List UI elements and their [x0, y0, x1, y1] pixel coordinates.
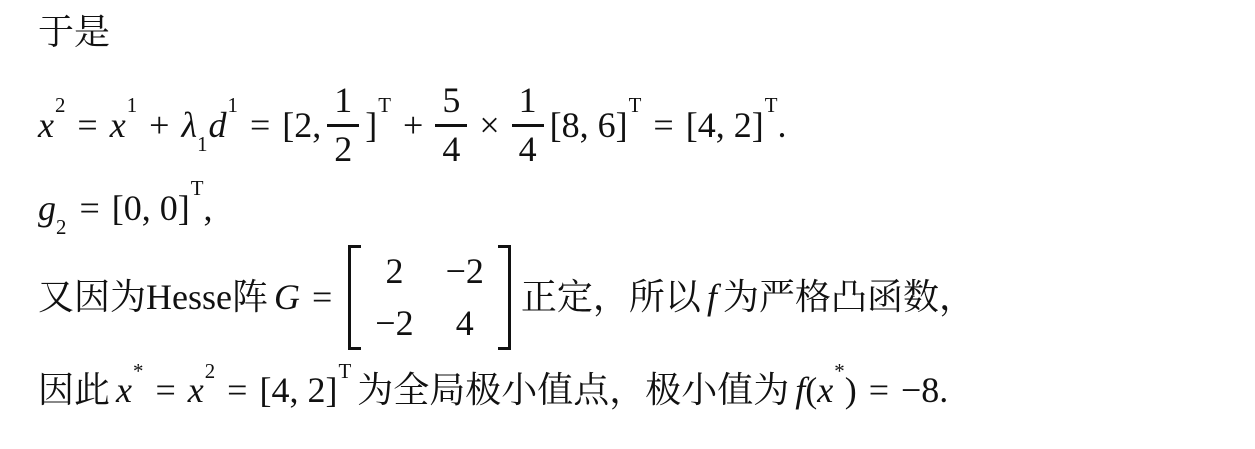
matrix-right-bracket [498, 245, 511, 350]
hesse-prefix-text: 又因为Hesse阵 [38, 277, 268, 318]
transpose-symbol: T [629, 93, 642, 117]
vector-0-0: [0, 0] [112, 188, 190, 228]
vector-4-2: [4, 2] [686, 105, 764, 145]
subscript: 2 [56, 215, 66, 239]
star-superscript: * [834, 359, 844, 383]
x-symbol: x [38, 105, 54, 145]
math-x-star: x* [116, 370, 143, 411]
matrix-cell-22: 4 [456, 304, 474, 344]
document-page: 于是 x2 = x1 + λ1d1 = [2, 12 ]T + 54 × 14 … [0, 0, 1255, 449]
matrix-left-bracket [348, 245, 361, 350]
intro-text: 于是 [38, 12, 110, 53]
vector-close-transpose: ]T [365, 105, 391, 146]
vector-open: [2, [282, 105, 321, 146]
fraction-one-fourth: 14 [512, 81, 544, 169]
period: . [777, 105, 786, 145]
statement-hesse: 又因为Hesse阵 G = 2 −2 −2 4 正定，所以 f 为严格凸函数， [38, 245, 1255, 350]
G-symbol: G [274, 277, 300, 318]
equals-sign: = [250, 105, 270, 146]
g-symbol: g [38, 188, 56, 228]
math-x-squared: x2 [38, 105, 65, 146]
vector-8-6: [8, 6] [550, 105, 628, 145]
f-symbol: f [795, 370, 805, 410]
vector-0-0-transpose: [0, 0]T, [112, 188, 213, 229]
math-x-squared: x2 [188, 370, 215, 411]
comma: , [204, 188, 213, 228]
matrix-cell-21: −2 [375, 304, 413, 344]
hesse-suffix-text: 为严格凸函数， [723, 277, 975, 318]
star-superscript: * [133, 359, 143, 383]
math-lambda-d: λ1d1 [181, 105, 237, 146]
transpose-symbol: T [378, 93, 391, 117]
d-symbol: d [209, 105, 227, 145]
lambda-symbol: λ [181, 105, 197, 145]
plus-sign: + [149, 105, 169, 146]
denominator: 4 [435, 124, 467, 170]
conclusion-mid-text: 为全局极小值点，极小值为 [357, 370, 789, 411]
equals-sign: = [653, 105, 673, 146]
exponent: 1 [127, 93, 137, 117]
equals-sign: = [869, 370, 889, 411]
conclusion-prefix-text: 因此 [38, 370, 110, 411]
times-sign: × [479, 105, 499, 146]
hesse-mid-text: 正定，所以 [521, 277, 701, 318]
transpose-symbol: T [765, 93, 778, 117]
vector-8-6-transpose: [8, 6]T [550, 105, 642, 146]
matrix-cell-11: 2 [385, 252, 403, 292]
plus-sign: + [403, 105, 423, 146]
matrix-cells: 2 −2 −2 4 [361, 245, 498, 350]
open-paren: ( [805, 370, 817, 410]
x-symbol: x [110, 105, 126, 145]
statement-conclusion: 因此 x* = x2 = [4, 2]T 为全局极小值点，极小值为 f(x*) … [38, 370, 1255, 411]
x-symbol: x [817, 370, 833, 410]
equals-sign: = [77, 105, 97, 146]
math-x-one: x1 [110, 105, 137, 146]
subscript: 1 [197, 132, 207, 156]
numerator: 1 [512, 81, 544, 124]
x-symbol: x [116, 370, 132, 410]
math-g-two: g2 [38, 188, 67, 229]
equals-sign: = [79, 188, 99, 229]
vector-4-2-transpose: [4, 2]T. [686, 105, 787, 146]
vector-4-2: [4, 2] [259, 370, 337, 410]
close-bracket: ] [365, 105, 377, 145]
math-f-of-x-star: f(x*) [795, 370, 856, 411]
f-symbol: f [707, 277, 717, 318]
equals-sign: = [155, 370, 175, 411]
exponent: 2 [205, 359, 215, 383]
hesse-matrix: 2 −2 −2 4 [348, 245, 511, 350]
equals-sign: = [312, 277, 332, 318]
close-paren: ) [845, 370, 857, 410]
numerator: 1 [327, 81, 359, 124]
exponent: 1 [228, 93, 238, 117]
fraction-one-half: 12 [327, 81, 359, 169]
equation-gradient: g2 = [0, 0]T, [38, 188, 1255, 229]
matrix-cell-12: −2 [446, 252, 484, 292]
denominator: 4 [512, 124, 544, 170]
exponent: 2 [55, 93, 65, 117]
fraction-five-fourths: 54 [435, 81, 467, 169]
vector-4-2-transpose: [4, 2]T [259, 370, 351, 411]
equation-iteration: x2 = x1 + λ1d1 = [2, 12 ]T + 54 × 14 [8,… [38, 81, 1255, 169]
numerator: 5 [435, 81, 467, 124]
transpose-symbol: T [191, 176, 204, 200]
transpose-symbol: T [338, 359, 351, 383]
equals-sign: = [227, 370, 247, 411]
intro-line: 于是 [38, 12, 1255, 53]
denominator: 2 [327, 124, 359, 170]
minimum-value: −8. [901, 370, 948, 411]
x-symbol: x [188, 370, 204, 410]
